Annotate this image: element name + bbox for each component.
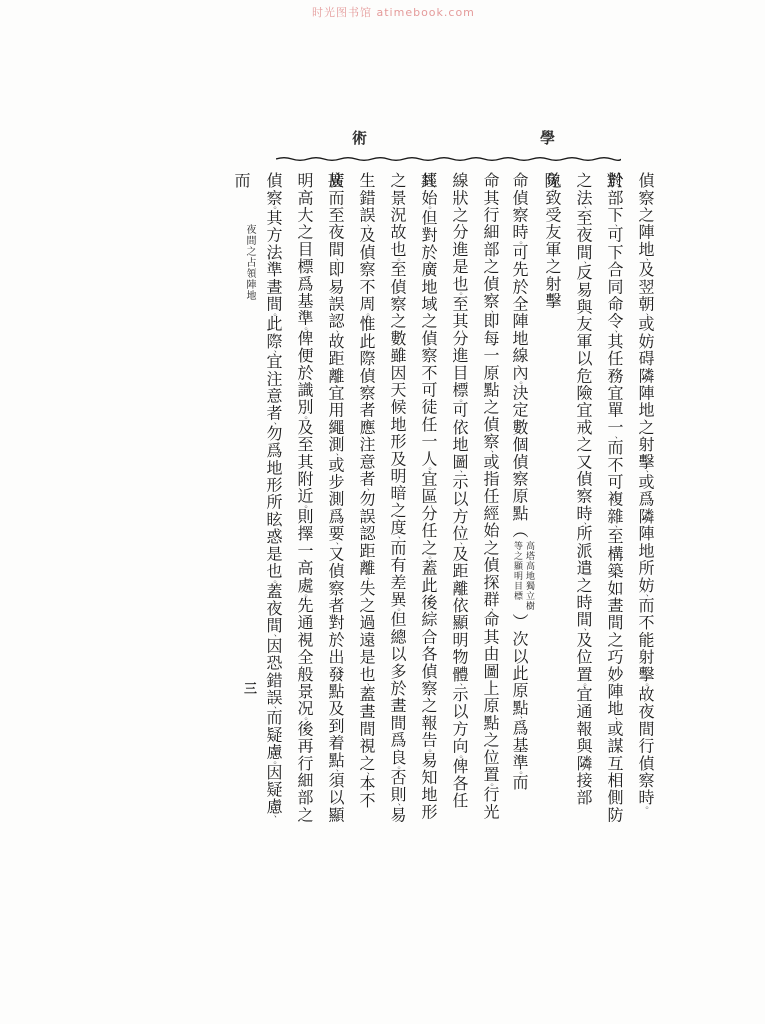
reading-mark: 、	[513, 716, 523, 719]
text-column: 之景況故也。至偵察之數雖因天候地形及明暗之度、而有差異。但總以多於晝間爲良。否則…	[381, 172, 412, 824]
reading-mark: 、	[639, 470, 649, 473]
reading-mark: 、	[577, 628, 587, 631]
text-columns: 偵察之陣地、及翌朝、或妨碍隣陣地之射擊、或爲隣陣地所妨、而不能射擊。故夜間行偵察…	[257, 172, 660, 824]
reading-mark: 、	[453, 683, 463, 686]
header-char-right: 學	[540, 127, 555, 148]
reading-mark: 、	[267, 422, 277, 425]
reading-mark: 。	[422, 556, 432, 559]
reading-mark: 。	[298, 717, 308, 720]
page-number: 三	[244, 678, 257, 697]
reading-mark: 、	[267, 706, 277, 709]
reading-mark: 。	[391, 766, 401, 769]
reading-mark: 、	[608, 330, 618, 333]
reading-mark: 、	[639, 313, 649, 316]
reading-mark: 。	[484, 783, 494, 786]
reading-mark: 、	[391, 803, 401, 806]
text-column: 生錯誤、及偵察不周。惟此際偵察者應注意者、勿誤認距離、失之過遠是也、蓋晝間視之、…	[350, 172, 381, 824]
reading-mark: 。	[298, 416, 308, 419]
reading-mark: 、	[360, 577, 370, 580]
text-column: 命其行細部之偵察、即每一原點之偵察、或指任經始之偵探群、命其由圖上原點之位置。行…	[474, 172, 505, 824]
text-column: 偵察之陣地、及翌朝、或妨碍隣陣地之射擊、或爲隣陣地所妨、而不能射擊。故夜間行偵察…	[629, 172, 660, 824]
watermark-en: atimebook.com	[377, 6, 475, 19]
scanned-book-page: 时光图书馆 atimebook.com 術 學 偵察之陣地、及翌朝、或妨碍隣陣地…	[0, 0, 765, 1024]
watermark-cn: 时光图书馆	[312, 6, 372, 19]
reading-mark: 。	[298, 505, 308, 508]
reading-mark: 、	[577, 522, 587, 525]
reading-mark: 、	[608, 224, 618, 227]
reading-mark: 。	[422, 749, 432, 752]
reading-mark: 、	[577, 206, 587, 209]
reading-mark: 、	[484, 310, 494, 313]
reading-mark: 。	[513, 771, 523, 774]
inline-annotation: 高塔高地獨立樹等之顯明目標	[512, 541, 536, 611]
reading-mark: 。	[267, 761, 277, 764]
text-column: 免致受友軍之射擊	[536, 172, 567, 824]
reading-mark: 。	[298, 327, 308, 330]
reading-mark: 。	[577, 683, 587, 686]
reading-mark: 。	[391, 608, 401, 611]
text-column: 之法、至夜間、反易與友軍以危險宜戒之又偵察時、所派遣之時間、及位置。宜通報與隣接…	[567, 172, 598, 824]
reading-mark: 。	[453, 755, 463, 758]
reading-mark: 。	[422, 206, 432, 209]
text-column: 線狀之分進是也。至其分進目標。可依地圖、示以方位、及距離依顯明物體、示以方向。俾…	[443, 172, 474, 824]
reading-mark: 、	[608, 525, 618, 528]
header-char-left: 術	[352, 127, 367, 148]
reading-mark: 、	[360, 488, 370, 491]
text-column: 命偵察時。可先於全陣地線內。決定數個偵察原點（高塔高地獨立樹等之顯明目標）次以此…	[505, 172, 536, 824]
reading-mark: 。	[267, 313, 277, 316]
reading-mark: 、	[484, 450, 494, 453]
reading-mark: 。	[639, 806, 649, 809]
reading-mark: 、	[267, 634, 277, 637]
reading-mark: 。	[453, 399, 463, 402]
reading-mark: 、	[360, 683, 370, 686]
text-column: 廣而至夜間、即易誤認、故距離宜用繩測、或步測爲要、又偵察者對於出發點及到着點、須…	[319, 172, 350, 824]
text-column: 於部下、可下合同命令、其任務宜單一、而不可複雜、至構築如晝間之巧妙陣地、或謀互相…	[598, 172, 629, 824]
reading-mark: 、	[329, 258, 339, 261]
reading-mark: 、	[267, 815, 277, 818]
reading-mark: 、	[360, 772, 370, 775]
reading-mark: 。	[639, 683, 649, 686]
reading-mark: 。	[360, 313, 370, 316]
text-column: 偵察。其方法準晝間。此際、宜注意者、勿爲地形所眩惑是也。蓋夜間、因恐錯誤、而疑慮…	[257, 172, 288, 824]
reading-mark: 、	[453, 542, 463, 545]
watermark: 时光图书馆 atimebook.com	[312, 4, 475, 20]
reading-mark: 。	[453, 292, 463, 295]
reading-mark: 。	[422, 467, 432, 470]
reading-mark: 、	[360, 224, 370, 227]
reading-mark: 、	[577, 261, 587, 264]
reading-mark: 、	[267, 350, 277, 353]
chapter-side-label: 夜間之占領陣地	[242, 224, 257, 301]
reading-mark: 、	[608, 436, 618, 439]
header-wavy-rule	[276, 150, 621, 168]
text-column: 明高大之目標爲基準。俾便於識別。及至其附近。則擇一高處。先通視全般景况。後再行細…	[288, 172, 319, 824]
reading-mark: 。	[513, 241, 523, 244]
reading-mark: 、	[329, 453, 339, 456]
reading-mark: 。	[513, 381, 523, 384]
reading-mark: 、	[639, 258, 649, 261]
reading-mark: 、	[484, 608, 494, 611]
reading-mark: 、	[329, 542, 339, 545]
reading-mark: 。	[267, 206, 277, 209]
reading-mark: 、	[639, 594, 649, 597]
reading-mark: 、	[329, 769, 339, 772]
reading-mark: 、	[329, 330, 339, 333]
reading-mark: 、	[453, 470, 463, 473]
text-column: 經始。但對於廣地域之偵察不可徒任一人。宜區分任之。蓋此後綜合各偵察之報告。易知地…	[412, 172, 443, 824]
reading-mark: 。	[545, 189, 555, 192]
reading-mark: 、	[391, 536, 401, 539]
reading-mark: 。	[267, 580, 277, 583]
reading-mark: 、	[608, 717, 618, 720]
reading-mark: 。	[391, 258, 401, 261]
reading-mark: 。	[298, 594, 308, 597]
